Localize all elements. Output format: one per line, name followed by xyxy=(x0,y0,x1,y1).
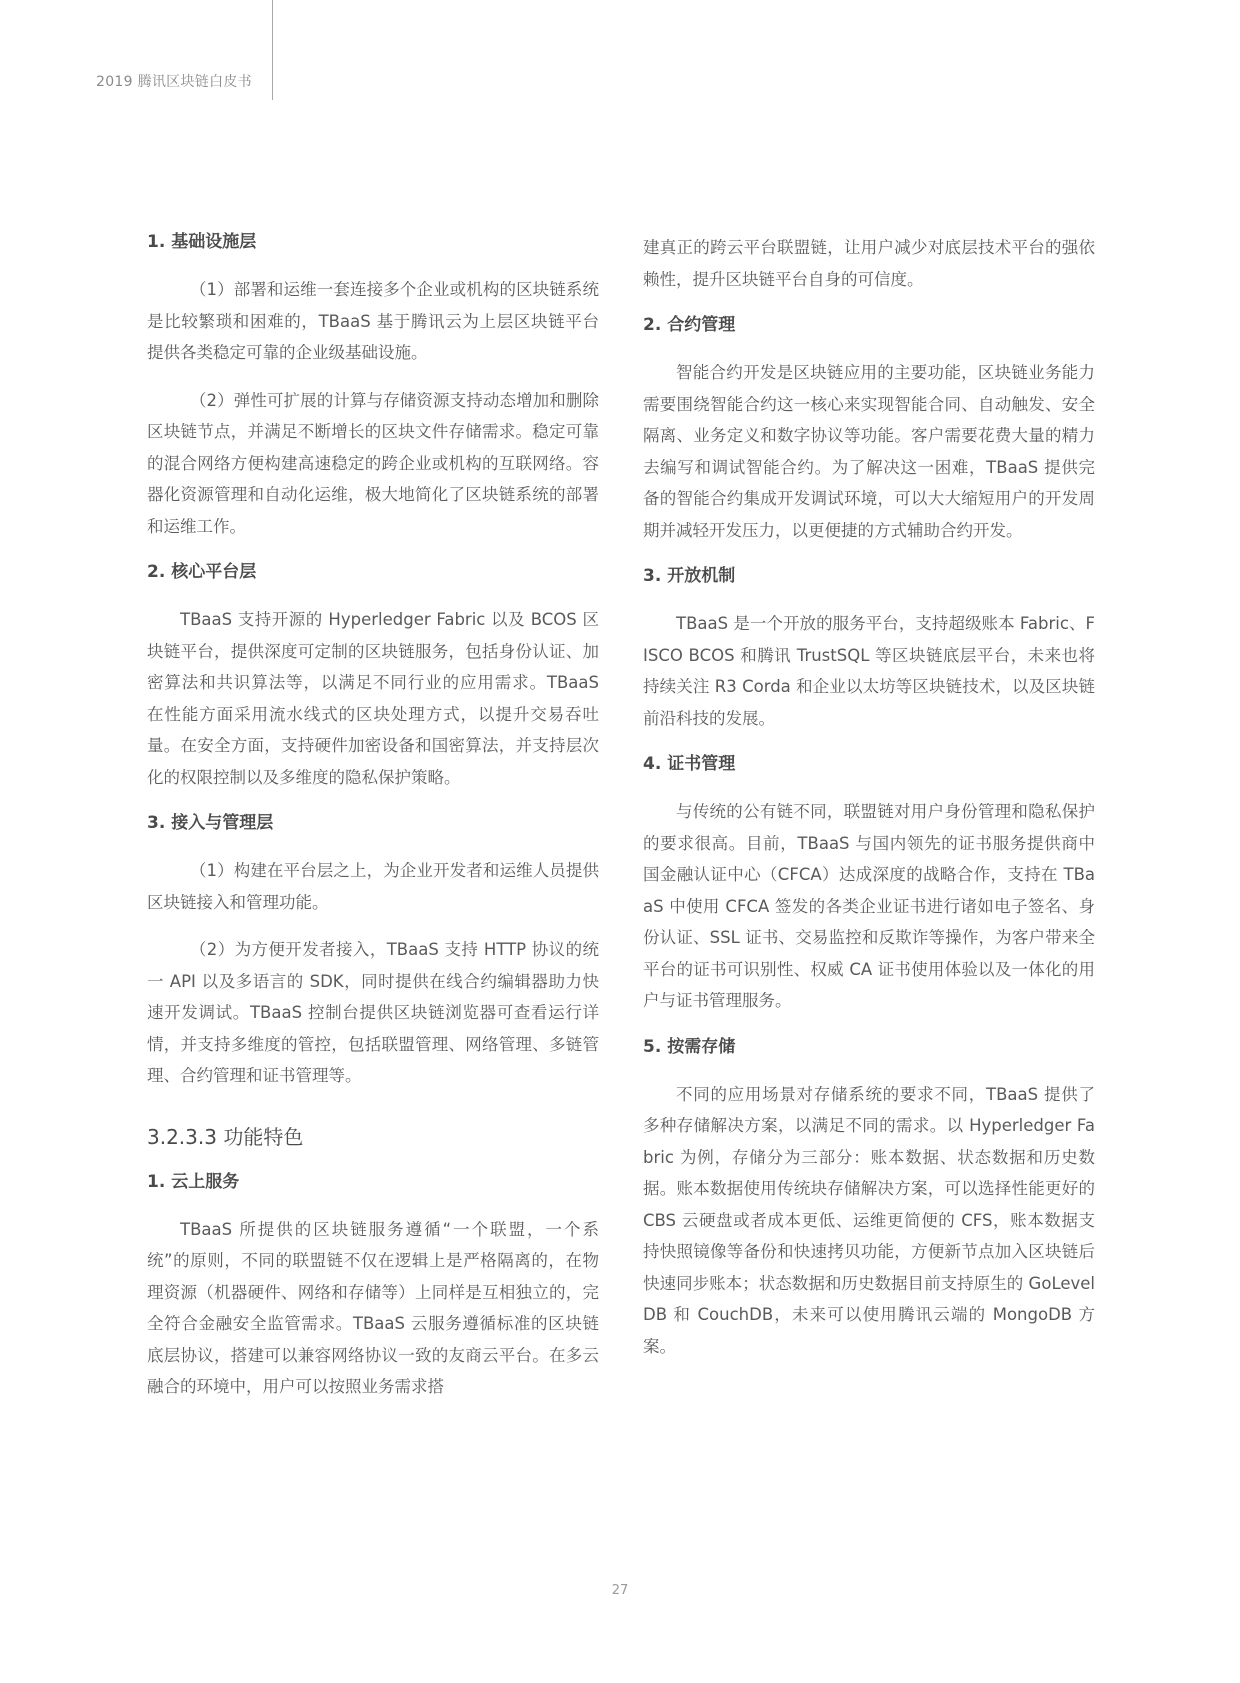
paragraph: （1）部署和运维一套连接多个企业或机构的区块链系统是比较繁琐和困难的，TBaaS… xyxy=(147,274,599,369)
header-divider xyxy=(272,0,273,100)
paragraph: （1）构建在平台层之上，为企业开发者和运维人员提供区块链接入和管理功能。 xyxy=(147,855,599,918)
section-heading-access-management: 3. 接入与管理层 xyxy=(147,809,599,837)
section-heading-certificate-management: 4. 证书管理 xyxy=(643,750,1095,778)
paragraph: 智能合约开发是区块链应用的主要功能，区块链业务能力需要围绕智能合约这一核心来实现… xyxy=(643,357,1095,546)
paragraph-continued: 建真正的跨云平台联盟链，让用户减少对底层技术平台的强依赖性，提升区块链平台自身的… xyxy=(643,232,1095,295)
paragraph: （2）弹性可扩展的计算与存储资源支持动态增加和删除区块链节点，并满足不断增长的区… xyxy=(147,385,599,543)
paragraph: TBaaS 是一个开放的服务平台，支持超级账本 Fabric、FISCO BCO… xyxy=(643,608,1095,734)
paragraph: 与传统的公有链不同，联盟链对用户身份管理和隐私保护的要求很高。目前，TBaaS … xyxy=(643,796,1095,1017)
right-column: 建真正的跨云平台联盟链，让用户减少对底层技术平台的强依赖性，提升区块链平台自身的… xyxy=(643,232,1095,1378)
paragraph: （2）为方便开发者接入，TBaaS 支持 HTTP 协议的统一 API 以及多语… xyxy=(147,934,599,1092)
section-heading-core-platform: 2. 核心平台层 xyxy=(147,558,599,586)
paragraph: 不同的应用场景对存储系统的要求不同，TBaaS 提供了多种存储解决方案，以满足不… xyxy=(643,1079,1095,1363)
document-title: 2019 腾讯区块链白皮书 xyxy=(96,71,252,91)
page-number: 27 xyxy=(0,1583,1240,1598)
section-heading-on-demand-storage: 5. 按需存储 xyxy=(643,1033,1095,1061)
section-heading-contract-management: 2. 合约管理 xyxy=(643,311,1095,339)
paragraph: TBaaS 所提供的区块链服务遵循“一个联盟，一个系统”的原则，不同的联盟链不仅… xyxy=(147,1214,599,1403)
chapter-heading-features: 3.2.3.3 功能特色 xyxy=(147,1122,599,1152)
section-heading-infrastructure: 1. 基础设施层 xyxy=(147,228,599,256)
paragraph: TBaaS 支持开源的 Hyperledger Fabric 以及 BCOS 区… xyxy=(147,604,599,793)
left-column: 1. 基础设施层 （1）部署和运维一套连接多个企业或机构的区块链系统是比较繁琐和… xyxy=(147,228,599,1419)
section-heading-open-mechanism: 3. 开放机制 xyxy=(643,562,1095,590)
section-heading-cloud-service: 1. 云上服务 xyxy=(147,1168,599,1196)
